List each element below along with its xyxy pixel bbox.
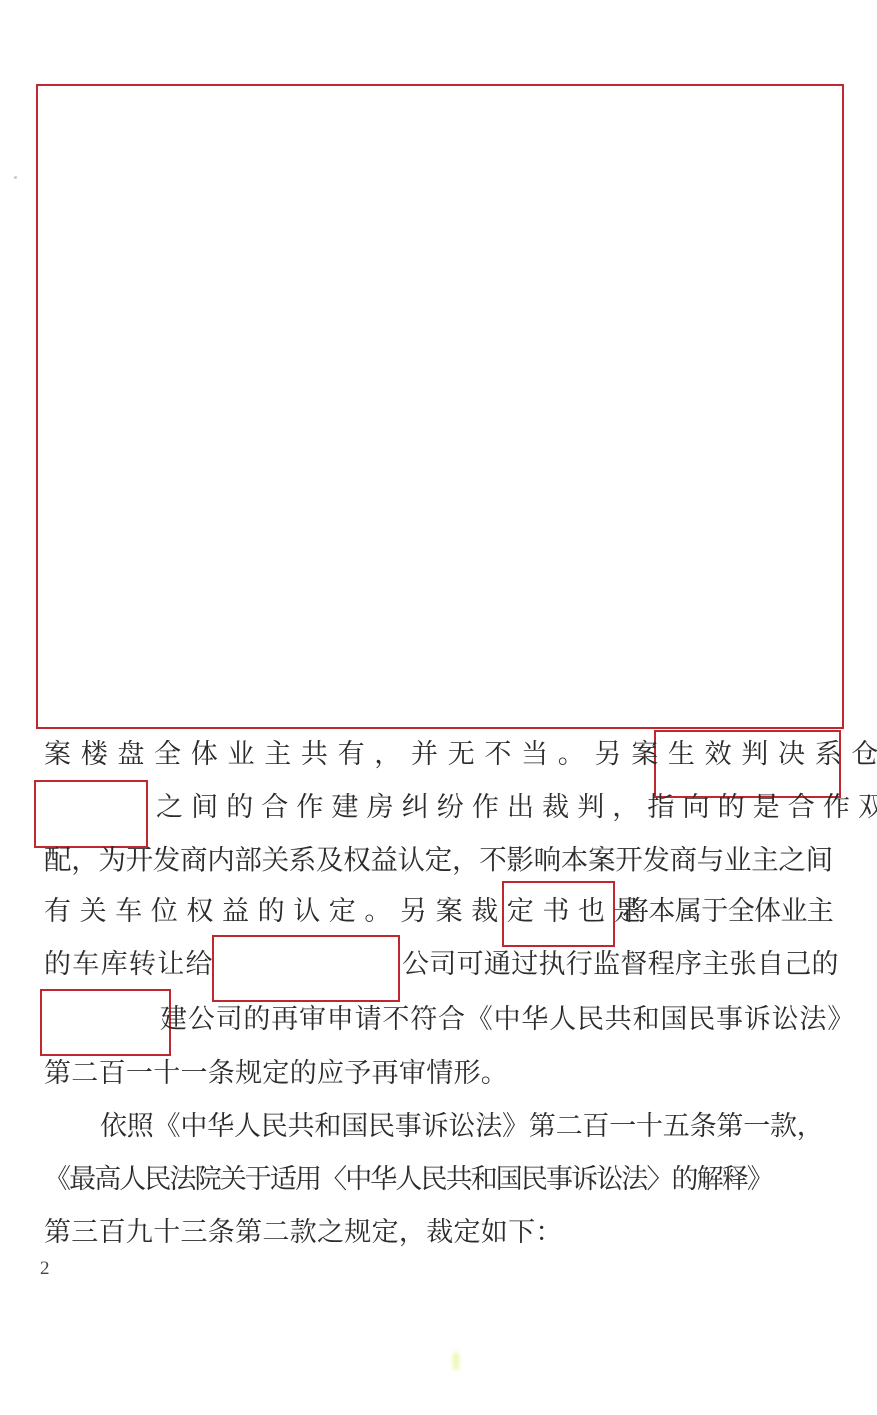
text-line-5a: 的车库转让给 — [44, 947, 214, 983]
text-line-9: 《最高人民法院关于适用〈中华人民共和国民事诉讼法〉的解释》 — [44, 1162, 772, 1198]
text-line-3: 配，为开发商内部关系及权益认定，不影响本案开发商与业主之间 — [44, 842, 833, 878]
text-line-8: 依照《中华人民共和国民事诉讼法》第二百一十五条第一款， — [100, 1109, 824, 1145]
text-line-7: 第二百一十一条规定的应予再审情形。 — [44, 1056, 508, 1092]
text-line-5b: 公司可通过执行监督程序主张自己的 — [402, 947, 839, 983]
text-line-4b: 将本属于全体业主 — [622, 894, 833, 930]
text-line-1: 案楼盘全体业主共有，并无不当。另案生效判决系仓 — [44, 737, 877, 773]
redaction-line2-left — [34, 780, 148, 848]
text-line-4a: 有关车位权益的认定。另案裁定书也是 — [44, 894, 649, 930]
scan-smudge — [453, 1352, 459, 1370]
text-line-2: 之间的合作建房纠纷作出裁判，指向的是合作双方利益分 — [156, 790, 877, 826]
redaction-line6-left — [40, 989, 171, 1056]
page-number: 2 — [40, 1258, 50, 1280]
large-redaction-top — [36, 84, 844, 729]
text-line-10: 第三百九十三条第二款之规定，裁定如下： — [44, 1215, 563, 1251]
scan-speck — [14, 176, 17, 179]
redaction-line5-mid — [212, 935, 400, 1002]
text-line-6: 建公司的再审申请不符合《中华人民共和国民事诉讼法》 — [160, 1002, 855, 1038]
